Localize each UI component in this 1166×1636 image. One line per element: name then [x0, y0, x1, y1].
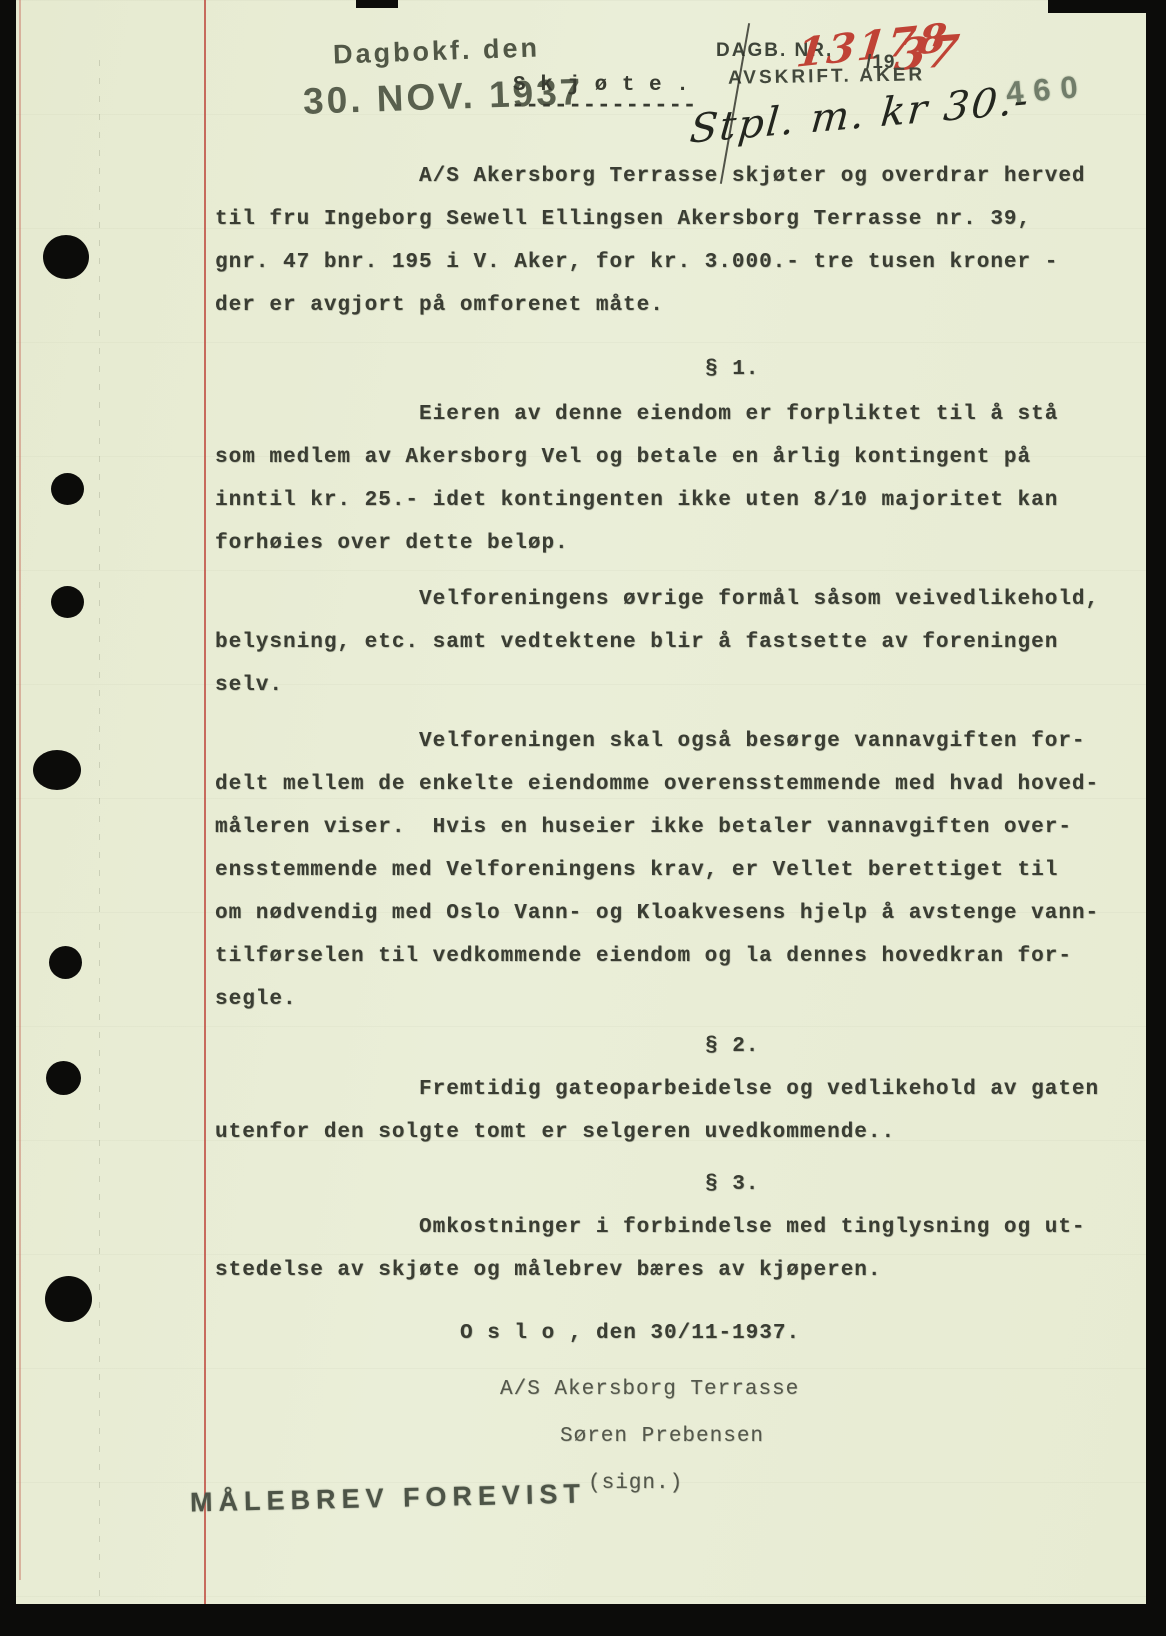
scanned-document-page: Dagbokf. den 30. NOV. 1937 S k j ø t e .… [0, 0, 1166, 1636]
scan-edge-bottom [0, 1604, 1166, 1636]
place-date-line: O s l o , den 30/11-1937. [460, 1312, 800, 1355]
margin-rule-line [204, 0, 206, 1604]
margin-rule-ghost [19, 0, 21, 1580]
paragraph-sec3: Omkostninger i forbindelse med tinglysni… [215, 1206, 1086, 1292]
page-number-stamp: 460 [1005, 69, 1090, 112]
punch-hole [49, 946, 82, 979]
scan-edge-top-right [1048, 0, 1166, 13]
section-heading-2: § 2. [705, 1025, 759, 1068]
sign-note: (sign.) [588, 1462, 683, 1505]
paragraph-intro: A/S Akersborg Terrasse skjøter og overdr… [215, 155, 1086, 327]
punch-hole [45, 1276, 92, 1322]
punch-hole [46, 1061, 81, 1095]
punch-hole [33, 750, 81, 790]
punch-hole [51, 473, 84, 505]
document-title-underline: ------------- [511, 92, 697, 118]
avskrift-aker-stamp: AVSKRIFT. AKER [728, 64, 926, 89]
paragraph-sec1-b: Velforeningens øvrige formål såsom veive… [215, 578, 1099, 707]
paragraph-sec1-a: Eieren av denne eiendom er forpliktet ti… [215, 393, 1058, 565]
scan-mark-top [356, 0, 398, 8]
scan-edge-left [0, 0, 16, 1636]
signer-name: Søren Prebensen [560, 1415, 764, 1458]
binder-crease-line [99, 60, 100, 1600]
paragraph-sec2: Fremtidig gateoparbeidelse og vedlikehol… [215, 1068, 1099, 1154]
punch-hole [43, 235, 89, 279]
paragraph-sec1-c: Velforeningen skal også besørge vannavgi… [215, 720, 1099, 1021]
company-signature-line: A/S Akersborg Terrasse [500, 1368, 799, 1411]
section-heading-3: § 3. [705, 1163, 759, 1206]
punch-hole [51, 586, 84, 618]
scan-edge-right [1146, 0, 1166, 1636]
section-heading-1: § 1. [705, 348, 759, 391]
